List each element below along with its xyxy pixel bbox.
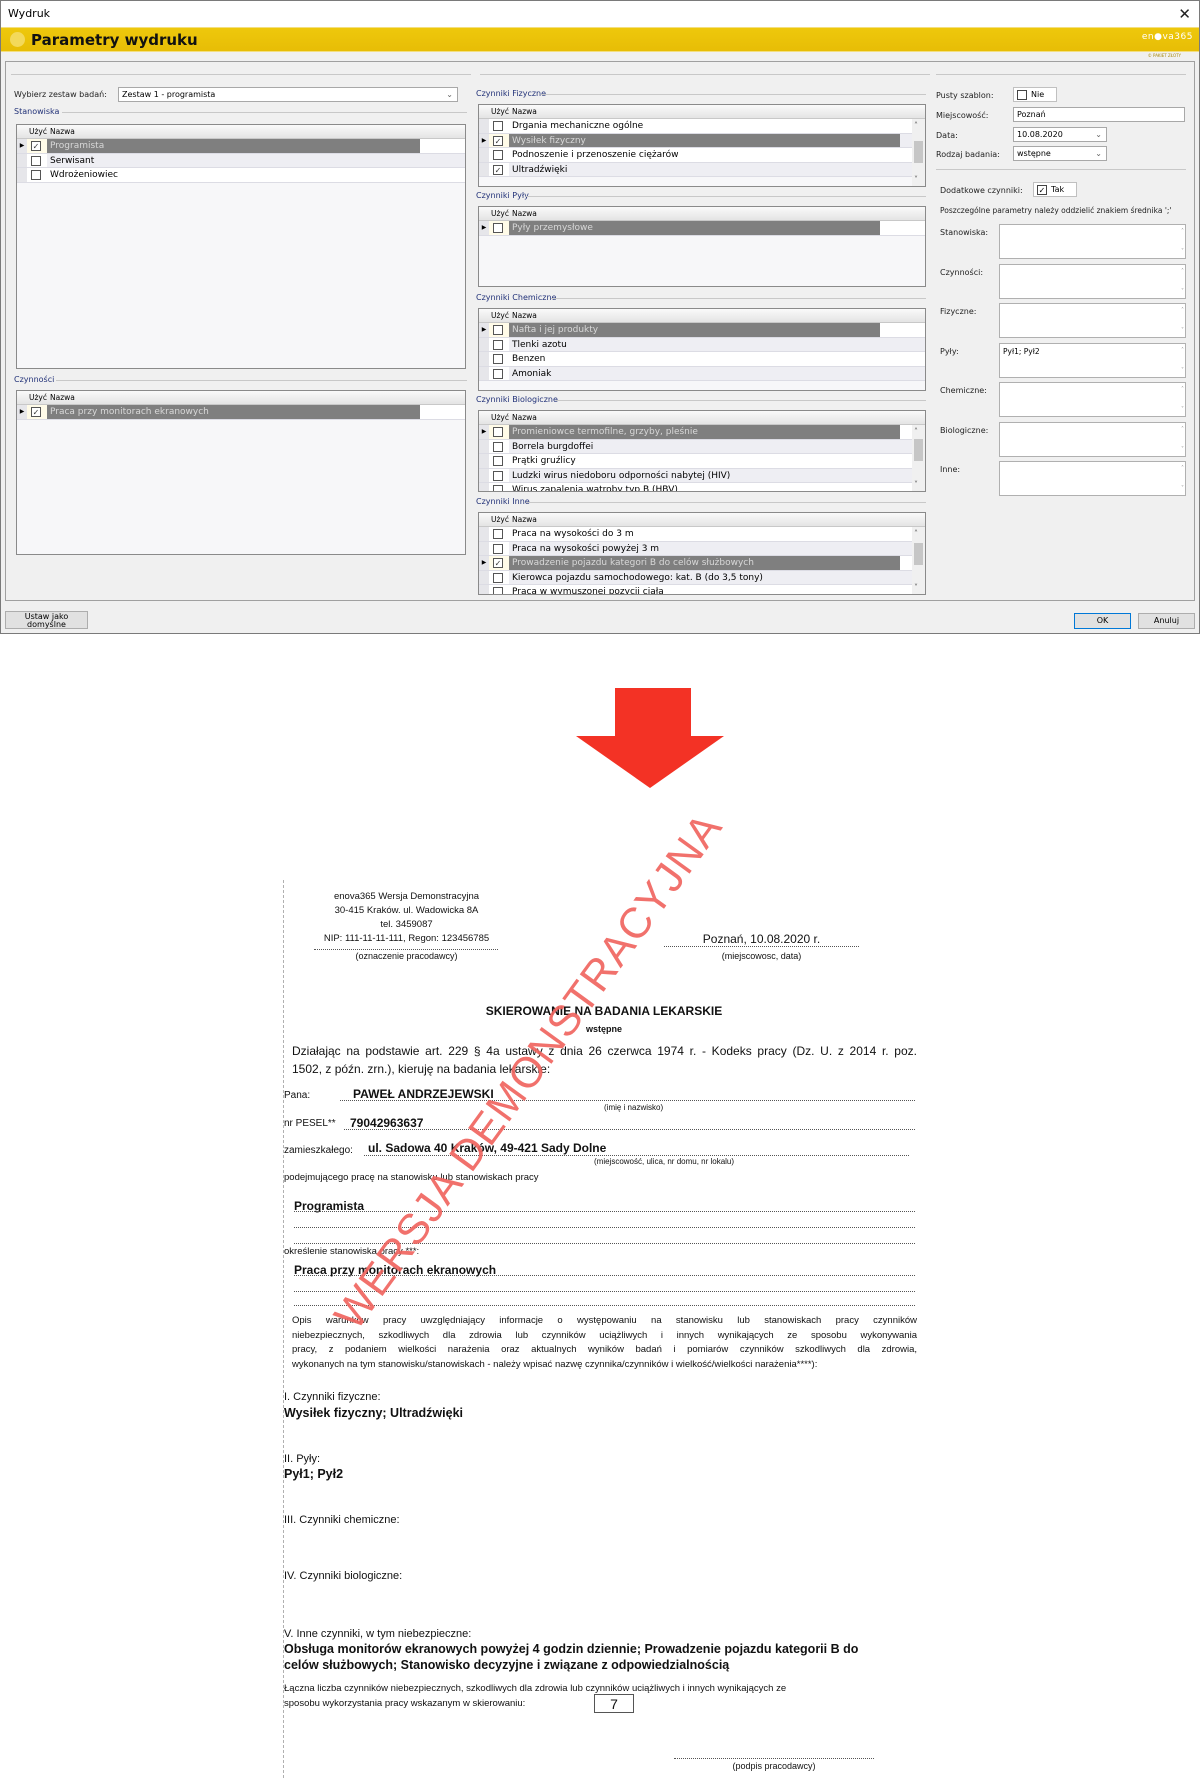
print-dialog: Wydruk ✕ Parametry wydruku en●va365 © PA…: [0, 0, 1200, 634]
position-label: podejmującego pracę na stanowisku lub st…: [284, 1172, 539, 1183]
scrollbar[interactable]: ˄˅: [912, 527, 925, 594]
row-checkbox[interactable]: [31, 156, 41, 166]
row-checkbox[interactable]: [493, 529, 503, 539]
chevron-down-icon: ⌄: [1095, 128, 1102, 141]
intro-line-2: 1502, z późn. zrn.), kieruję na badania …: [292, 1062, 550, 1076]
separator-hint: Poszczególne parametry należy oddzielić …: [940, 206, 1171, 215]
scroll-arrows-icon: ˄˅: [1181, 385, 1184, 415]
row-checkbox[interactable]: ✓: [493, 165, 503, 175]
col-use: Użyć: [491, 309, 509, 323]
scrollbar[interactable]: ˄˅: [912, 425, 925, 491]
section-5-label: V. Inne czynniki, w tym niebezpieczne:: [284, 1628, 471, 1640]
name-caption: (imię i nazwisko): [604, 1103, 663, 1112]
field-label: Czynności:: [940, 268, 983, 277]
ok-button[interactable]: OK: [1074, 613, 1131, 629]
chevron-down-icon: ⌄: [446, 88, 453, 101]
row-indicator-icon: [17, 168, 27, 182]
date-value: 10.08.2020: [1017, 130, 1063, 139]
row-name: Praca na wysokości powyżej 3 m: [509, 542, 900, 556]
signature-caption: (podpis pracodawcy): [674, 1761, 874, 1771]
scroll-down-icon[interactable]: ˅: [914, 175, 918, 184]
row-checkbox[interactable]: [493, 471, 503, 481]
scroll-down-icon[interactable]: ˅: [914, 583, 918, 592]
col-name: Nazwa: [512, 207, 537, 221]
grid-row[interactable]: Serwisant: [17, 154, 465, 169]
dialog-content: Wybierz zestaw badań: Zestaw 1 - program…: [5, 61, 1195, 601]
grid-header: UżyćNazwa: [479, 411, 925, 425]
conditions-line: Opis warunków pracy uwzględniający infor…: [292, 1314, 917, 1329]
row-name: Programista: [47, 139, 420, 153]
field-label: Chemiczne:: [940, 386, 987, 395]
field-textarea[interactable]: Pył1; Pył2˄˅: [999, 343, 1186, 378]
chemiczne-grid: UżyćNazwa ▶ Nafta i jej produkty Tlenki …: [478, 308, 926, 391]
col-name: Nazwa: [50, 391, 75, 405]
row-indicator-icon: [479, 469, 489, 483]
intro-line-1: Działając na podstawie art. 229 § 4a ust…: [292, 1044, 917, 1058]
section-3-label: III. Czynniki chemiczne:: [284, 1514, 400, 1526]
brand-subtitle: © PAKIET ZŁOTY: [1148, 53, 1181, 58]
field-textarea[interactable]: ˄˅: [999, 461, 1186, 496]
row-checkbox[interactable]: [493, 573, 503, 583]
field-textarea[interactable]: ˄˅: [999, 264, 1186, 299]
group-czynnosci: Czynności: [14, 375, 54, 384]
field-textarea[interactable]: ˄˅: [999, 422, 1186, 457]
row-name: Prątki gruźlicy: [509, 454, 900, 468]
extra-factors-checkbox[interactable]: ✓ Tak: [1033, 182, 1077, 197]
field-label: Pyły:: [940, 347, 959, 356]
header-banner: Parametry wydruku en●va365: [1, 27, 1199, 52]
pana-label: Pana:: [284, 1090, 310, 1101]
checkbox-icon: ✓: [1037, 185, 1047, 195]
row-name: Praca w wymuszonej pozycji ciała: [509, 585, 900, 595]
grid-row[interactable]: ▶ ✓ Programista: [17, 139, 465, 154]
row-indicator-icon: [479, 163, 489, 177]
row-checkbox[interactable]: [493, 325, 503, 335]
row-indicator-icon: ▶: [479, 221, 489, 235]
section-2-value: Pył1; Pył2: [284, 1467, 343, 1481]
row-indicator-icon: [479, 367, 489, 381]
grid-row[interactable]: Kierowca pojazdu samochodowego: kat. B (…: [479, 571, 925, 586]
row-checkbox[interactable]: [493, 485, 503, 492]
conditions-line: wykonanych na tym stanowisku/stanowiskac…: [292, 1358, 917, 1373]
row-indicator-icon: [479, 352, 489, 366]
row-indicator-icon: ▶: [479, 556, 489, 570]
chevron-down-icon: ⌄: [1095, 147, 1102, 160]
grid-row[interactable]: ▶ ✓ Prowadzenie pojazdu kategori B do ce…: [479, 556, 925, 571]
row-name: Ultradźwięki: [509, 163, 900, 177]
row-name: Amoniak: [509, 367, 880, 381]
document-subtitle: wstępne: [284, 1024, 924, 1034]
grid-header: UżyćNazwa: [17, 391, 465, 405]
grid-header: UżyćNazwa: [17, 125, 465, 139]
grid-header: UżyćNazwa: [479, 513, 925, 527]
set-default-button[interactable]: Ustaw jako domyślne: [5, 611, 88, 629]
scroll-up-icon[interactable]: ˄: [914, 529, 918, 538]
field-textarea[interactable]: ˄˅: [999, 303, 1186, 338]
col-name: Nazwa: [512, 411, 537, 425]
czynnosci-grid: UżyćNazwa ▶ ✓ Praca przy monitorach ekra…: [16, 390, 466, 555]
row-indicator-icon: [479, 338, 489, 352]
row-checkbox[interactable]: [493, 427, 503, 437]
grid-row[interactable]: Wdrożeniowiec: [17, 168, 465, 183]
row-indicator-icon: [479, 454, 489, 468]
row-checkbox[interactable]: [493, 223, 503, 233]
section-1-label: I. Czynniki fizyczne:: [284, 1391, 381, 1403]
row-name: Promieniowce termofilne, grzyby, pleśnie: [509, 425, 900, 439]
inne-grid: UżyćNazwa Praca na wysokości do 3 m Prac…: [478, 512, 926, 595]
col-name: Nazwa: [50, 125, 75, 139]
row-name: Benzen: [509, 352, 880, 366]
place-date-caption: (miejscowosc, data): [664, 951, 859, 961]
employer-line: 30-415 Kraków. ul. Wadowicka 8A: [314, 904, 499, 918]
grid-row[interactable]: Praca na wysokości powyżej 3 m: [479, 542, 925, 557]
total-count: 7: [594, 1694, 634, 1713]
grid-row[interactable]: ✓ Ultradźwięki: [479, 163, 925, 178]
row-indicator-icon: [479, 483, 489, 492]
grid-row[interactable]: Wirus zapalenia wątroby typ B (HBV): [479, 483, 925, 492]
place-date: Poznań, 10.08.2020 r.: [664, 932, 859, 946]
row-checkbox[interactable]: [493, 587, 503, 595]
row-indicator-icon: [479, 148, 489, 162]
employer-line: enova365 Wersja Demonstracyjna: [314, 890, 499, 904]
col-name: Nazwa: [512, 513, 537, 527]
grid-header: UżyćNazwa: [479, 207, 925, 221]
grid-row[interactable]: ▶ ✓ Praca przy monitorach ekranowych: [17, 405, 465, 420]
employer-line: NIP: 111-11-11-111, Regon: 123456785: [314, 932, 499, 946]
employer-block: enova365 Wersja Demonstracyjna30-415 Kra…: [314, 890, 499, 946]
field-label: Fizyczne:: [940, 307, 976, 316]
grid-row[interactable]: Ludzki wirus niedoboru odporności nabyte…: [479, 469, 925, 484]
row-name: Ludzki wirus niedoboru odporności nabyte…: [509, 469, 900, 483]
checkbox-icon: [1017, 90, 1027, 100]
grid-row[interactable]: ▶ Promieniowce termofilne, grzyby, pleśn…: [479, 425, 925, 440]
document-title: SKIEROWANIE NA BADANIA LEKARSKIE: [284, 1004, 924, 1018]
scroll-arrows-icon: ˄˅: [1181, 464, 1184, 494]
row-checkbox[interactable]: [493, 544, 503, 554]
row-name: Wysiłek fizyczny: [509, 134, 900, 148]
play-logo-icon: [10, 32, 25, 47]
row-name: Wdrożeniowiec: [47, 168, 420, 182]
row-indicator-icon: [479, 527, 489, 541]
row-checkbox[interactable]: [493, 456, 503, 466]
grid-row[interactable]: Drgania mechaniczne ogólne: [479, 119, 925, 134]
window-titlebar: Wydruk ✕: [1, 1, 1199, 27]
close-icon[interactable]: ✕: [1178, 4, 1191, 24]
grid-row[interactable]: ▶ ✓ Wysiłek fizyczny: [479, 134, 925, 149]
scrollbar[interactable]: ˄˅: [912, 119, 925, 186]
scroll-arrows-icon: ˄˅: [1181, 267, 1184, 297]
row-name: Praca przy monitorach ekranowych: [47, 405, 420, 419]
row-name: Borrela burgdoffei: [509, 440, 900, 454]
field-textarea[interactable]: ˄˅: [999, 382, 1186, 417]
date-label: Data:: [936, 131, 958, 140]
col-name: Nazwa: [512, 105, 537, 119]
grid-row[interactable]: Praca w wymuszonej pozycji ciała: [479, 585, 925, 595]
row-indicator-icon: ▶: [17, 139, 27, 153]
row-checkbox[interactable]: ✓: [31, 141, 41, 151]
grid-row[interactable]: Tlenki azotu: [479, 338, 925, 353]
group-inne: Czynniki Inne: [476, 497, 530, 506]
col-use: Użyć: [491, 411, 509, 425]
row-indicator-icon: [479, 585, 489, 595]
conditions-text: Opis warunków pracy uwzględniający infor…: [292, 1314, 917, 1372]
conditions-line: niebezpiecznych, szkodliwych dla zdrowia…: [292, 1329, 917, 1344]
group-pyly: Czynniki Pyły: [476, 191, 529, 200]
grid-row[interactable]: Prątki gruźlicy: [479, 454, 925, 469]
row-indicator-icon: ▶: [17, 405, 27, 419]
section-4-label: IV. Czynniki biologiczne:: [284, 1570, 402, 1582]
extra-factors-label: Dodatkowe czynniki:: [940, 186, 1023, 195]
grid-row[interactable]: Benzen: [479, 352, 925, 367]
empty-template-checkbox[interactable]: Nie: [1013, 87, 1057, 102]
total-text-2: sposobu wykorzystania pracy wskazanym w …: [284, 1698, 525, 1709]
row-name: Praca na wysokości do 3 m: [509, 527, 900, 541]
row-name: Podnoszenie i przenoszenie ciężarów: [509, 148, 900, 162]
exam-type-value: wstępne: [1017, 149, 1051, 158]
pesel-value: 79042963637: [350, 1116, 423, 1130]
scroll-arrows-icon: ˄˅: [1181, 227, 1184, 257]
biologiczne-grid: UżyćNazwa ▶ Promieniowce termofilne, grz…: [478, 410, 926, 492]
row-name: Prowadzenie pojazdu kategori B do celów …: [509, 556, 900, 570]
scroll-up-icon[interactable]: ˄: [914, 121, 918, 130]
row-checkbox[interactable]: ✓: [31, 407, 41, 417]
total-text-1: Łączna liczba czynników niebezpiecznych,…: [284, 1683, 786, 1694]
pesel-label: nr PESEL**: [284, 1118, 336, 1129]
employer-caption: (oznaczenie pracodawcy): [314, 951, 499, 961]
document-preview: enova365 Wersja Demonstracyjna30-415 Kra…: [283, 880, 923, 1778]
scroll-arrows-icon: ˄˅: [1181, 306, 1184, 336]
row-checkbox[interactable]: ✓: [493, 558, 503, 568]
grid-row[interactable]: Amoniak: [479, 367, 925, 382]
row-indicator-icon: ▶: [479, 425, 489, 439]
grid-row[interactable]: Podnoszenie i przenoszenie ciężarów: [479, 148, 925, 163]
row-name: Nafta i jej produkty: [509, 323, 880, 337]
city-value: Poznań: [1017, 110, 1046, 119]
section-2-label: II. Pyły:: [284, 1453, 320, 1465]
col-use: Użyć: [491, 513, 509, 527]
row-indicator-icon: [479, 440, 489, 454]
field-value: Pył1; Pył2: [1003, 347, 1040, 356]
dialog-title: Parametry wydruku: [31, 31, 198, 49]
address-caption: (miejscowość, ulica, nr domu, nr lokalu): [594, 1157, 734, 1166]
row-checkbox[interactable]: [493, 121, 503, 131]
section-1-value: Wysiłek fizyczny; Ultradźwięki: [284, 1406, 463, 1420]
fizyczne-grid: UżyćNazwa Drgania mechaniczne ogólne ▶ ✓…: [478, 104, 926, 187]
window-title: Wydruk: [8, 7, 50, 20]
row-checkbox[interactable]: [31, 170, 41, 180]
pyly-grid: UżyćNazwa ▶ Pyły przemysłowe: [478, 206, 926, 287]
row-indicator-icon: [479, 542, 489, 556]
grid-header: UżyćNazwa: [479, 309, 925, 323]
cancel-button[interactable]: Anuluj: [1138, 613, 1195, 629]
scroll-down-icon[interactable]: ˅: [914, 480, 918, 489]
col-use: Użyć: [29, 125, 47, 139]
empty-template-label: Pusty szablon:: [936, 91, 994, 100]
col-use: Użyć: [491, 207, 509, 221]
section-5-value-1: Obsługa monitorów ekranowych powyżej 4 g…: [284, 1642, 858, 1656]
row-indicator-icon: ▶: [479, 323, 489, 337]
grid-row[interactable]: ▶ Pyły przemysłowe: [479, 221, 925, 236]
group-fizyczne: Czynniki Fizyczne: [476, 89, 546, 98]
col-name: Nazwa: [512, 309, 537, 323]
group-stanowiska: Stanowiska: [14, 107, 59, 116]
row-name: Drgania mechaniczne ogólne: [509, 119, 900, 133]
address-value: ul. Sadowa 40 Kraków, 49-421 Sady Dolne: [368, 1141, 606, 1155]
stanowiska-grid: UżyćNazwa ▶ ✓ Programista Serwisant Wdro…: [16, 124, 466, 369]
row-name: Kierowca pojazdu samochodowego: kat. B (…: [509, 571, 900, 585]
conditions-line: pracy, z podaniem wielkości narażenia or…: [292, 1343, 917, 1358]
row-name: Wirus zapalenia wątroby typ B (HBV): [509, 483, 900, 492]
row-indicator-icon: [479, 119, 489, 133]
set-select-value: Zestaw 1 - programista: [122, 90, 215, 99]
section-5-value-2: celów służbowych; Stanowisko decyzyjne i…: [284, 1658, 729, 1672]
row-checkbox[interactable]: [493, 354, 503, 364]
date-picker[interactable]: 10.08.2020⌄: [1013, 127, 1107, 142]
address-label: zamieszkałego:: [284, 1145, 353, 1156]
city-input[interactable]: Poznań: [1013, 107, 1185, 122]
position-desc-label: określenie stanowiska pracy ***:: [284, 1246, 419, 1257]
set-label: Wybierz zestaw badań:: [14, 90, 107, 99]
city-label: Miejscowość:: [936, 111, 988, 120]
row-name: Tlenki azotu: [509, 338, 880, 352]
employee-name: PAWEŁ ANDRZEJEWSKI: [353, 1087, 494, 1101]
grid-row[interactable]: Borrela burgdoffei: [479, 440, 925, 455]
row-checkbox[interactable]: [493, 442, 503, 452]
col-use: Użyć: [491, 105, 509, 119]
field-textarea[interactable]: ˄˅: [999, 224, 1186, 259]
empty-template-value: Nie: [1031, 88, 1044, 101]
group-chemiczne: Czynniki Chemiczne: [476, 293, 556, 302]
field-label: Inne:: [940, 465, 960, 474]
field-label: Stanowiska:: [940, 228, 988, 237]
row-indicator-icon: [17, 154, 27, 168]
col-use: Użyć: [29, 391, 47, 405]
brand-logo: en●va365: [1142, 32, 1193, 42]
extra-factors-value: Tak: [1051, 183, 1064, 196]
row-name: Pyły przemysłowe: [509, 221, 880, 235]
grid-header: UżyćNazwa: [479, 105, 925, 119]
group-biologiczne: Czynniki Biologiczne: [476, 395, 558, 404]
exam-type-label: Rodzaj badania:: [936, 150, 1000, 159]
row-indicator-icon: [479, 571, 489, 585]
row-checkbox[interactable]: [493, 340, 503, 350]
set-select[interactable]: Zestaw 1 - programista ⌄: [118, 87, 458, 102]
row-name: Serwisant: [47, 154, 420, 168]
exam-type-select[interactable]: wstępne⌄: [1013, 146, 1107, 161]
grid-row[interactable]: ▶ Nafta i jej produkty: [479, 323, 925, 338]
employer-line: tel. 3459087: [314, 918, 499, 932]
arrow-down-icon: [576, 688, 724, 790]
row-indicator-icon: ▶: [479, 134, 489, 148]
scroll-up-icon[interactable]: ˄: [914, 427, 918, 436]
grid-row[interactable]: Praca na wysokości do 3 m: [479, 527, 925, 542]
row-checkbox[interactable]: [493, 150, 503, 160]
field-label: Biologiczne:: [940, 426, 988, 435]
scroll-arrows-icon: ˄˅: [1181, 425, 1184, 455]
scroll-arrows-icon: ˄˅: [1181, 346, 1184, 376]
row-checkbox[interactable]: [493, 369, 503, 379]
row-checkbox[interactable]: ✓: [493, 136, 503, 146]
